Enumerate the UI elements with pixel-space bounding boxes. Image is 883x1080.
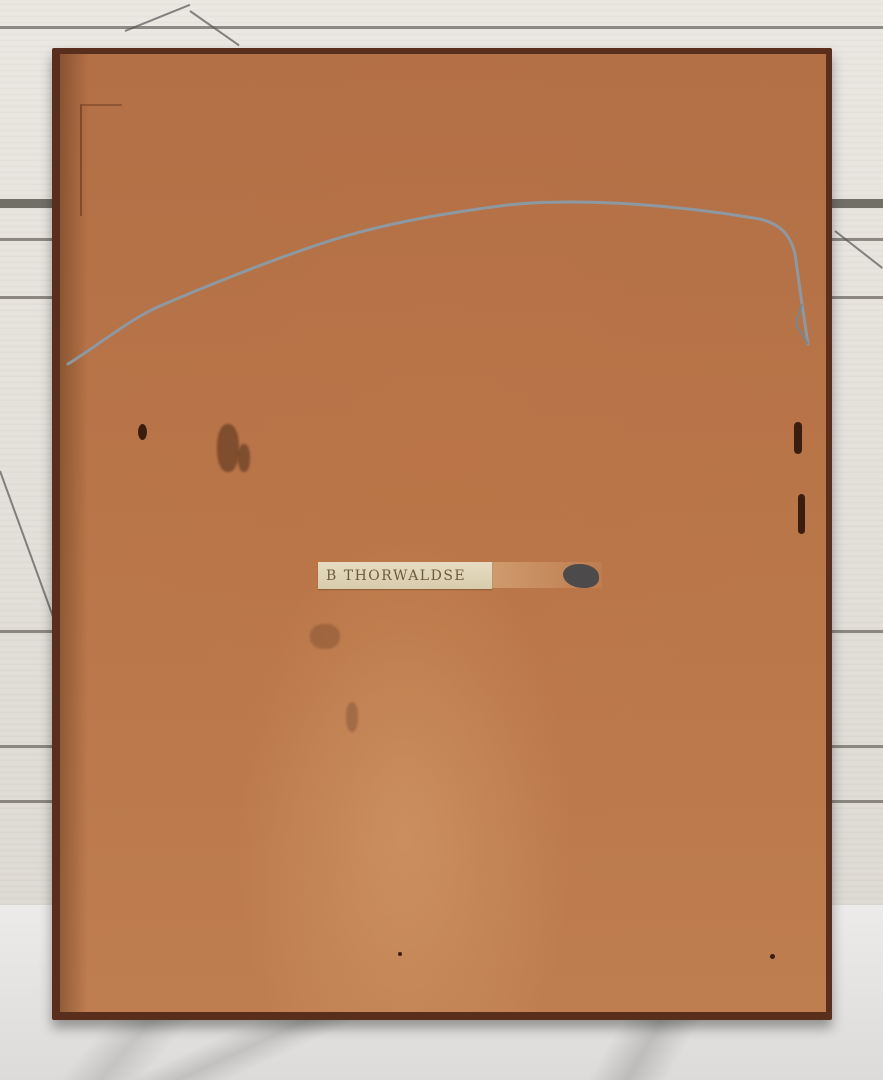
nail-hole xyxy=(794,422,802,454)
artist-label-text: B THORWALDSE xyxy=(326,568,466,584)
stain xyxy=(310,624,340,649)
frame-backing-board: B THORWALDSE xyxy=(60,54,826,1012)
nail-hole xyxy=(798,494,805,534)
stain xyxy=(217,424,239,472)
nail-hole xyxy=(138,424,147,440)
paint-crack xyxy=(834,230,883,269)
stain xyxy=(346,702,358,732)
hanging-wire xyxy=(60,54,830,1014)
artist-label: B THORWALDSE xyxy=(318,562,492,589)
nail-hole xyxy=(770,954,775,959)
picture-frame: B THORWALDSE xyxy=(52,48,832,1020)
nail-hole xyxy=(398,952,402,956)
stain xyxy=(238,444,250,472)
